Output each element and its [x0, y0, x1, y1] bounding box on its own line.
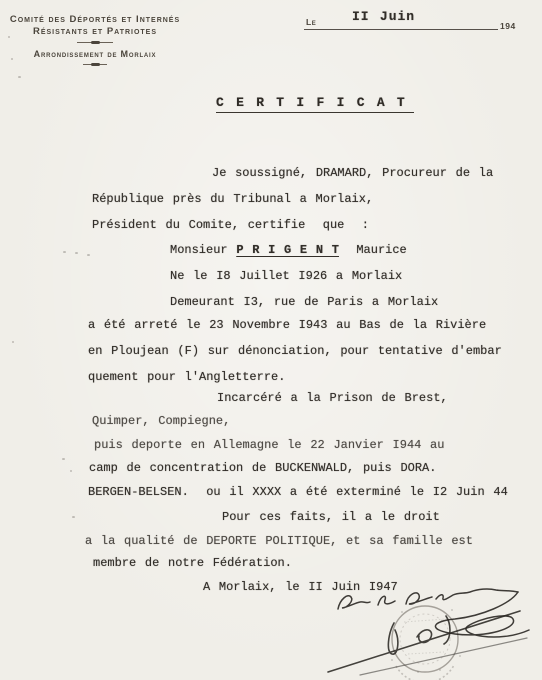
- handwriting-icon: [338, 589, 529, 637]
- body-line: quement pour l'Angletterre.: [88, 370, 285, 384]
- date-label: Le: [306, 17, 316, 27]
- org-name-line1: Comité des Déportés et Internés: [6, 14, 184, 25]
- org-name-line2: Résistants et Patriotes: [6, 26, 184, 37]
- scan-speck: [63, 251, 66, 253]
- body-line: Ne le I8 Juillet I926 a Morlaix: [170, 269, 402, 283]
- body-line: camp de concentration de BUCKENWALD, pui…: [89, 461, 436, 475]
- scan-speck: [75, 252, 78, 254]
- body-line: BERGEN-BELSEN. ou il XXXX a été extermin…: [88, 485, 508, 499]
- document-title: C E R T I F I C A T: [216, 96, 414, 113]
- scan-speck: [12, 341, 14, 343]
- subject-prefix: Monsieur: [170, 243, 236, 257]
- subject-line: Monsieur P R I G E N T Maurice: [170, 243, 407, 257]
- letterhead-divider: [83, 63, 107, 66]
- body-line: Quimper, Compiegne,: [92, 414, 230, 428]
- body-line: Président du Comite, certifie que :: [92, 218, 369, 232]
- scan-speck: [11, 58, 13, 60]
- body-line: Je soussigné, DRAMARD, Procureur de la: [212, 166, 493, 180]
- body-line: Pour ces faits, il a le droit: [222, 510, 440, 524]
- body-line: Incarcéré a la Prison de Brest,: [217, 391, 448, 405]
- body-line: République près du Tribunal a Morlaix,: [92, 192, 373, 206]
- letterhead-divider: [77, 41, 113, 44]
- typed-date: II Juin: [352, 10, 415, 24]
- body-line: a été arreté le 23 Novembre I943 au Bas …: [88, 318, 486, 332]
- letterhead: Comité des Déportés et Internés Résistan…: [6, 14, 184, 71]
- scanned-certificate-page: Comité des Déportés et Internés Résistan…: [0, 0, 542, 680]
- signature-and-stamp-graphic: [322, 582, 542, 680]
- scan-speck: [87, 254, 90, 256]
- scan-speck: [62, 458, 65, 460]
- body-line: en Ploujean (F) sur dénonciation, pour t…: [88, 344, 502, 358]
- signature-scrawl-icon: [328, 611, 527, 675]
- year-prefix: 194: [500, 21, 516, 31]
- body-line: a la qualité de DEPORTE POLITIQUE, et sa…: [85, 534, 473, 548]
- body-line: puis deporte en Allemagne le 22 Janvier …: [94, 438, 444, 452]
- scan-speck: [72, 516, 75, 518]
- subject-name: P R I G E N T: [236, 243, 339, 257]
- body-line: membre de notre Fédération.: [93, 556, 292, 570]
- subject-suffix: Maurice: [339, 243, 407, 257]
- scan-speck: [18, 76, 21, 78]
- signature-block: Pour le Président: [322, 582, 542, 680]
- org-district: Arrondissement de Morlaix: [6, 49, 184, 59]
- scan-speck: [8, 36, 10, 38]
- date-rule: [304, 29, 498, 30]
- scan-speck: [70, 470, 72, 472]
- body-line: Demeurant I3, rue de Paris a Morlaix: [170, 295, 438, 309]
